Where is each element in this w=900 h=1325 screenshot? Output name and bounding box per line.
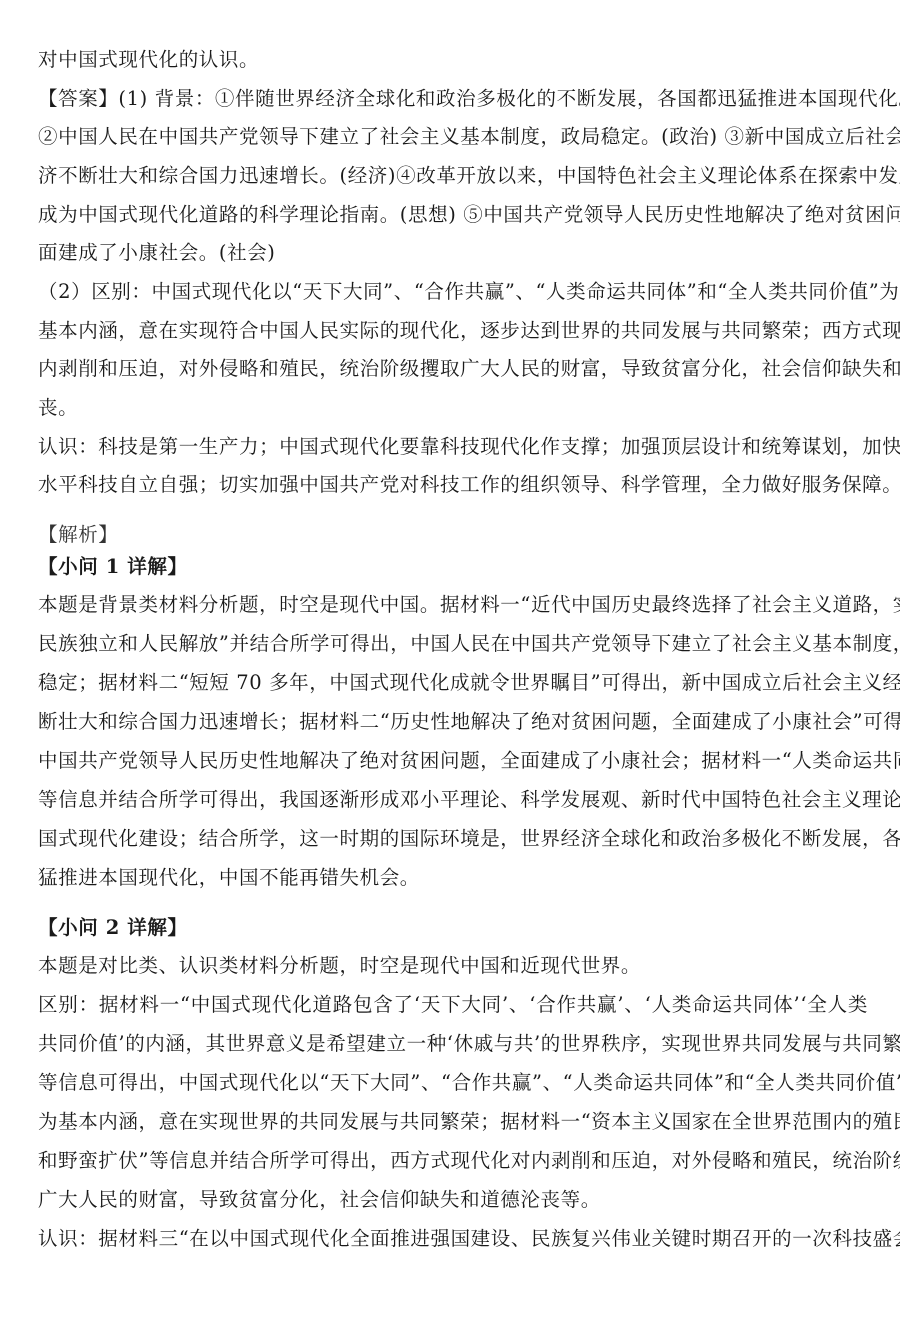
answer-line: （2）区别：中国式现代化以“天下大同”、“合作共赢”、“人类命运共同体”和“全人… xyxy=(38,277,868,307)
answer-line: 丧。 xyxy=(38,393,868,423)
document-page: 对中国式现代化的认识。 【答案】(1) 背景：①伴随世界经济全球化和政治多极化的… xyxy=(0,0,900,1325)
analysis-line: 共同价值’的内涵，其世界意义是希望建立一种‘休戚与共’的世界秩序，实现世界共同发… xyxy=(38,1029,868,1059)
analysis-line: 等信息并结合所学可得出，我国逐渐形成邓小平理论、科学发展观、新时代中国特色社会主… xyxy=(38,785,868,815)
intro-line: 对中国式现代化的认识。 xyxy=(38,45,868,75)
analysis-line: 断壮大和综合国力迅速增长；据材料二“历史性地解决了绝对贫困问题，全面建成了小康社… xyxy=(38,707,868,737)
analysis-line: 认识：据材料三“在以中国式现代化全面推进强国建设、民族复兴伟业关键时期召开的一次… xyxy=(38,1224,868,1254)
subquestion-1-heading: 【小问 1 详解】 xyxy=(38,552,868,582)
analysis-line: 国式现代化建设；结合所学，这一时期的国际环境是，世界经济全球化和政治多极化不断发… xyxy=(38,824,868,854)
analysis-line: 猛推进本国现代化，中国不能再错失机会。 xyxy=(38,863,868,893)
analysis-line: 稳定；据材料二“短短 70 多年，中国式现代化成就令世界瞩目”可得出，新中国成立… xyxy=(38,668,868,698)
answer-line: 内剥削和压迫，对外侵略和殖民，统治阶级攫取广大人民的财富，导致贫富分化，社会信仰… xyxy=(38,354,868,384)
answer-line: 济不断壮大和综合国力迅速增长。(经济)④改革开放以来，中国特色社会主义理论体系在… xyxy=(38,161,868,191)
answer-line: 面建成了小康社会。(社会) xyxy=(38,238,868,268)
answer-line: ②中国人民在中国共产党领导下建立了社会主义基本制度，政局稳定。(政治) ③新中国… xyxy=(38,122,868,152)
analysis-line: 民族独立和人民解放”并结合所学可得出，中国人民在中国共产党领导下建立了社会主义基… xyxy=(38,629,868,659)
answer-line: 成为中国式现代化道路的科学理论指南。(思想) ⑤中国共产党领导人民历史性地解决了… xyxy=(38,200,868,230)
analysis-heading: 【解析】 xyxy=(38,520,868,550)
answer-line: 【答案】(1) 背景：①伴随世界经济全球化和政治多极化的不断发展，各国都迅猛推进… xyxy=(38,84,868,114)
answer-line: 基本内涵，意在实现符合中国人民实际的现代化，逐步达到世界的共同发展与共同繁荣；西… xyxy=(38,316,868,346)
answer-line: 水平科技自立自强；切实加强中国共产党对科技工作的组织领导、科学管理，全力做好服务… xyxy=(38,470,868,500)
analysis-line: 和野蛮扩伏”等信息并结合所学可得出，西方式现代化对内剥削和压迫，对外侵略和殖民，… xyxy=(38,1146,868,1176)
analysis-line: 本题是背景类材料分析题，时空是现代中国。据材料一“近代中国历史最终选择了社会主义… xyxy=(38,590,868,620)
analysis-line: 为基本内涵，意在实现世界的共同发展与共同繁荣；据材料一“资本主义国家在全世界范围… xyxy=(38,1107,868,1137)
analysis-line: 广大人民的财富，导致贫富分化，社会信仰缺失和道德沦丧等。 xyxy=(38,1185,868,1215)
analysis-line: 等信息可得出，中国式现代化以“天下大同”、“合作共赢”、“人类命运共同体”和“全… xyxy=(38,1068,868,1098)
analysis-line: 本题是对比类、认识类材料分析题，时空是现代中国和近现代世界。 xyxy=(38,951,868,981)
analysis-line: 中国共产党领导人民历史性地解决了绝对贫困问题，全面建成了小康社会；据材料一“人类… xyxy=(38,746,868,776)
subquestion-2-heading: 【小问 2 详解】 xyxy=(38,913,868,943)
answer-line: 认识：科技是第一生产力；中国式现代化要靠科技现代化作支撑；加强顶层设计和统筹谋划… xyxy=(38,432,868,462)
analysis-line: 区别：据材料一“中国式现代化道路包含了‘天下大同’、‘合作共赢’、‘人类命运共同… xyxy=(38,990,868,1020)
